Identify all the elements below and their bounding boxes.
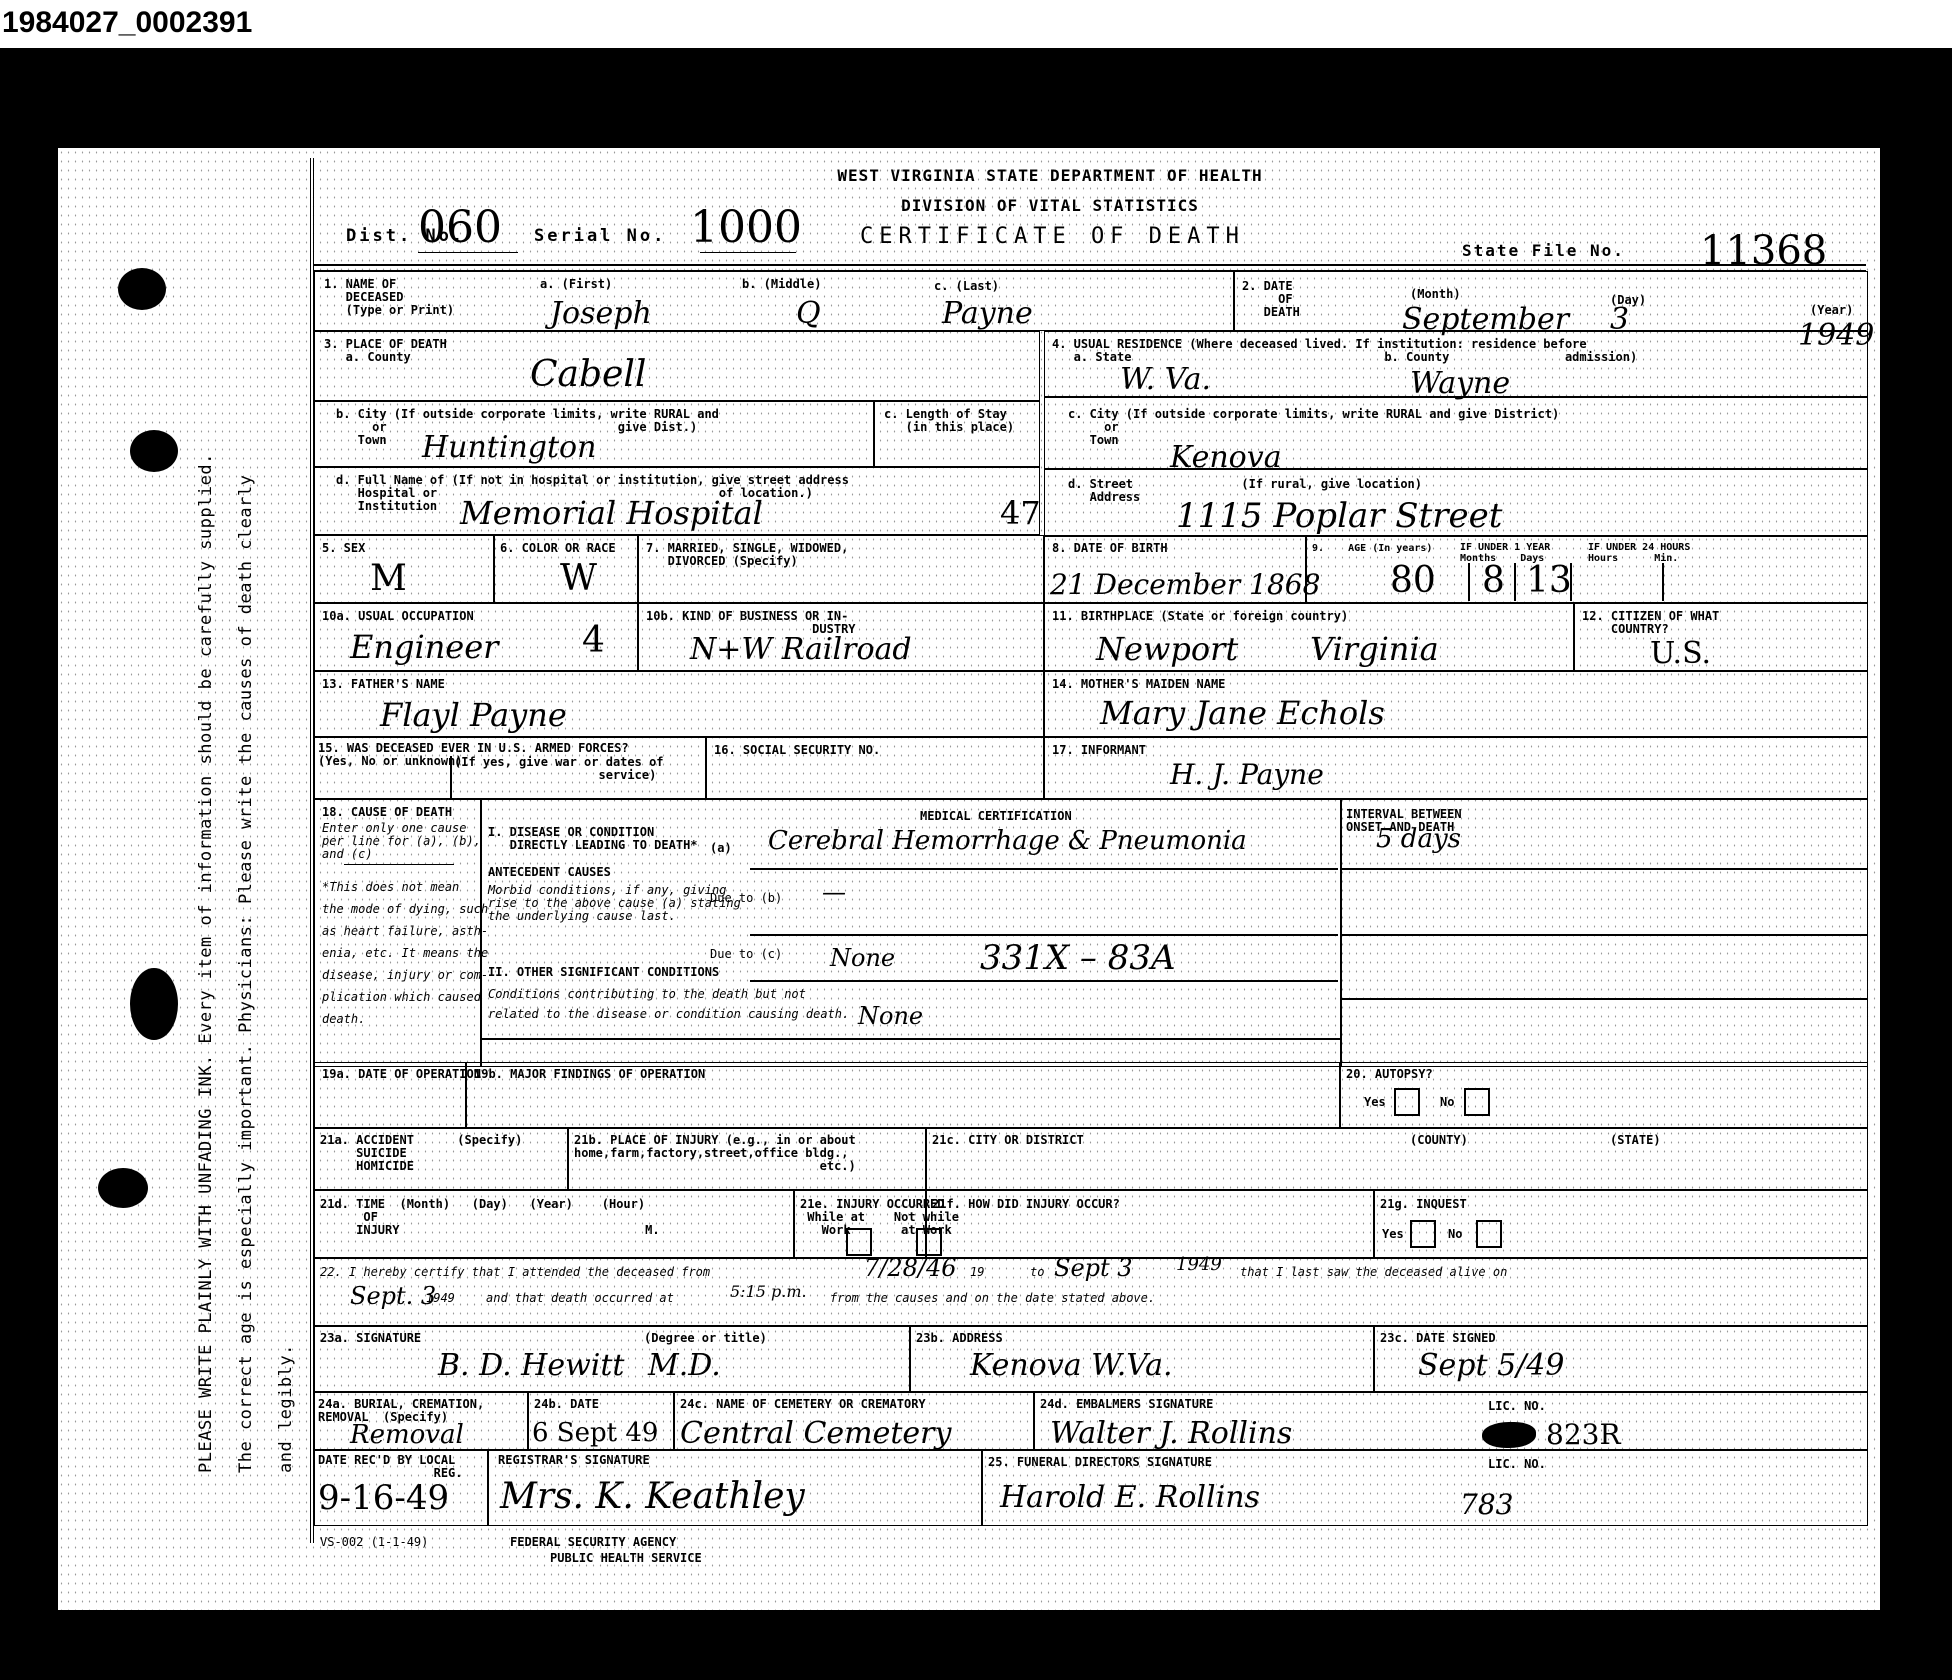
date-signed-label: 23c. DATE SIGNED [1380,1332,1496,1345]
cause-a-label: (a) [710,842,732,855]
cause-a-line [750,868,1338,870]
burial-date-value: 6 Sept 49 [532,1418,658,1448]
interval-value: 5 days [1376,824,1461,854]
funeral-director-signature: Harold E. Rollins [1000,1480,1260,1515]
injury-type-label: 21a. ACCIDENT (Specify) SUICIDE HOMICIDE [320,1134,522,1173]
occupation-label: 10a. USUAL OCCUPATION [322,610,474,623]
director-lic-value: 783 [1460,1488,1513,1521]
age-label: 9. AGE (In years) [1312,542,1432,555]
autopsy-yes-label: Yes [1364,1096,1386,1109]
dist-no-underline [418,252,518,253]
race-label: 6. COLOR OR RACE [500,542,616,555]
mother-name-value: Mary Jane Echols [1100,694,1385,732]
interval-divider [1340,799,1342,1067]
sex-label: 5. SEX [322,542,365,555]
city-of-death-value: Huntington [422,430,596,465]
certify-text-2b: from the causes and on the date stated a… [830,1292,1155,1305]
armed-forces-war-label: (If yes, give war or dates of service) [454,756,664,782]
residence-label: 4. USUAL RESIDENCE (Where deceased lived… [1052,338,1637,364]
residence-state-value: W. Va. [1120,362,1211,397]
injury-place-label: 21b. PLACE OF INJURY (e.g., in or about … [574,1134,856,1173]
occupation-value: Engineer [350,628,498,666]
date-signed-value: Sept 5/49 [1418,1348,1564,1383]
header-divider [314,264,1866,266]
last-name-value: Payne [942,296,1033,331]
embalmer-label: 24d. EMBALMERS SIGNATURE [1040,1398,1213,1411]
institution-value: Memorial Hospital [460,494,763,532]
punch-hole [98,1168,148,1208]
inquest-yes-label: Yes [1382,1228,1404,1241]
top-bar: 1984027_0002391 [0,0,1952,48]
citizenship-label: 12. CITIZEN OF WHAT COUNTRY? [1582,610,1719,636]
first-name-value: Joseph [550,296,652,331]
morbid-conditions-text: Morbid conditions, if any, giving rise t… [488,884,741,923]
ink-smudge [1482,1422,1536,1448]
injury-state-label: (STATE) [1610,1134,1661,1147]
interval-line-b [1340,934,1868,936]
injury-how-label: 21f. HOW DID INJURY OCCUR? [932,1198,1120,1211]
agency-heading: WEST VIRGINIA STATE DEPARTMENT OF HEALTH [790,166,1310,185]
public-health-service: PUBLIC HEALTH SERVICE [550,1552,702,1565]
birthplace-state-value: Virginia [1310,630,1439,668]
age-years-value: 80 [1390,560,1436,601]
occupation-code: 4 [582,620,605,661]
signature-label: 23a. SIGNATURE [320,1332,421,1345]
birthplace-city-value: Newport [1096,630,1238,668]
last-seen-year: 1949 [426,1292,455,1305]
middle-name-label: b. (Middle) [742,278,821,291]
death-month-label: (Month) [1410,288,1461,301]
age-divider [1662,563,1664,601]
injury-county-label: (COUNTY) [1410,1134,1468,1147]
embalmer-lic-value: 823R [1546,1418,1621,1451]
cause-b-label: Due to (b) [710,892,782,905]
interval-line-c [1340,998,1868,1000]
birthplace-label: 11. BIRTHPLACE (State or foreign country… [1052,610,1348,623]
state-file-value: 11368 [1700,228,1827,274]
punch-hole [130,968,178,1040]
attended-from-year: 19 [970,1266,984,1279]
social-security-label: 16. SOCIAL SECURITY NO. [714,744,880,757]
attended-to-value: Sept 3 [1054,1254,1133,1282]
father-name-value: Flayl Payne [380,696,567,734]
cause-c-value: None [830,944,895,972]
other-conditions-line [480,1038,1340,1040]
armed-forces-divider [450,756,452,798]
certify-text-1b: that I last saw the deceased alive on [1240,1266,1507,1279]
injury-at-work-checkbox[interactable] [846,1228,872,1256]
antecedent-causes-label: ANTECEDENT CAUSES [488,866,611,879]
registrar-signature: Mrs. K. Keathley [500,1476,805,1517]
autopsy-no-label: No [1440,1096,1454,1109]
last-name-label: c. (Last) [934,280,999,293]
margin-instruction-3: and legibly. [276,1344,296,1473]
operation-findings-label: 19b. MAJOR FINDINGS OF OPERATION [474,1068,705,1081]
certify-text-2: and that death occurred at [486,1292,674,1305]
race-value: W [560,558,597,599]
age-days-value: 13 [1526,560,1572,601]
cause-instructions-rule [344,864,454,865]
serial-no-label: Serial No. [534,230,666,243]
death-year-label: (Year) [1810,304,1853,317]
physician-address-label: 23b. ADDRESS [916,1332,1003,1345]
margin-instruction-2: The correct age is especially important.… [236,475,256,1473]
length-of-stay-label: c. Length of Stay (in this place) [884,408,1014,434]
punch-hole [118,268,166,310]
cemetery-value: Central Cemetery [680,1416,951,1451]
other-conditions-text: Conditions contributing to the death but… [488,984,849,1024]
embalmer-lic-label: LIC. NO. [1488,1400,1546,1413]
registrar-signature-label: REGISTRAR'S SIGNATURE [498,1454,650,1467]
inquest-yes-checkbox[interactable] [1410,1220,1436,1248]
under-day-label: IF UNDER 24 HOURS Hours Min. [1588,542,1690,564]
medical-certification-heading: MEDICAL CERTIFICATION [920,810,1072,823]
director-lic-label: LIC. NO. [1488,1458,1546,1471]
institution-code: 47 [1000,494,1041,532]
middle-name-value: Q [796,296,821,331]
burial-date-label: 24b. DATE [534,1398,599,1411]
death-time-value: 5:15 p.m. [730,1282,807,1301]
other-conditions-label: II. OTHER SIGNIFICANT CONDITIONS [488,966,719,979]
physician-address-value: Kenova W.Va. [970,1348,1173,1383]
sex-value: M [370,558,407,599]
form-number: VS-002 (1-1-49) [320,1536,428,1549]
division-heading: DIVISION OF VITAL STATISTICS [850,196,1250,215]
date-of-birth-label: 8. DATE OF BIRTH [1052,542,1168,555]
death-certificate-form: WEST VIRGINIA STATE DEPARTMENT OF HEALTH… [310,158,1868,1548]
cause-c-label: Due to (c) [710,948,782,961]
age-months-value: 8 [1482,560,1505,601]
attended-to-year: 1949 [1176,1254,1222,1275]
cause-c-line [750,980,1338,982]
residence-city-label: c. City (If outside corporate limits, wr… [1068,408,1559,447]
disease-condition-label: I. DISEASE OR CONDITION DIRECTLY LEADING… [488,826,698,852]
physician-degree: M.D. [648,1348,721,1383]
embalmer-signature: Walter J. Rollins [1050,1416,1292,1451]
residence-street-value: 1115 Poplar Street [1176,496,1502,536]
cause-note: *This does not mean the mode of dying, s… [322,876,488,1030]
document-id: 1984027_0002391 [2,6,252,40]
serial-no-underline [700,252,796,253]
injury-city-label: 21c. CITY OR DISTRICT [932,1134,1084,1147]
mother-name-label: 14. MOTHER'S MAIDEN NAME [1052,678,1225,691]
operation-date-label: 19a. DATE OF OPERATION [322,1068,481,1081]
county-of-death-value: Cabell [530,354,646,395]
inquest-no-label: No [1448,1228,1462,1241]
physician-signature: B. D. Hewitt [438,1348,624,1383]
autopsy-yes-checkbox[interactable] [1394,1088,1420,1116]
date-of-birth-value: 21 December 1868 [1050,568,1320,601]
marital-status-label: 7. MARRIED, SINGLE, WIDOWED, DIVORCED (S… [646,542,848,568]
date-received-value: 9-16-49 [318,1478,449,1518]
certify-text-1: 22. I hereby certify that I attended the… [320,1266,710,1279]
cause-c-code: 331X – 83A [980,938,1176,978]
margin-instruction-1: PLEASE WRITE PLAINLY WITH UNFADING INK. … [196,453,216,1473]
cemetery-label: 24c. NAME OF CEMETERY OR CREMATORY [680,1398,926,1411]
informant-cell[interactable] [1044,737,1868,799]
inquest-no-checkbox[interactable] [1476,1220,1502,1248]
age-divider [1570,563,1572,601]
state-file-label: State File No. [1462,244,1625,257]
cause-instructions: Enter only one cause per line for (a), (… [322,822,481,861]
federal-agency: FEDERAL SECURITY AGENCY [510,1536,676,1549]
father-name-label: 13. FATHER'S NAME [322,678,445,691]
cause-b-line [750,934,1338,936]
autopsy-no-checkbox[interactable] [1464,1088,1490,1116]
inquest-label: 21g. INQUEST [1380,1198,1467,1211]
serial-no-value: 1000 [690,202,802,253]
certificate-title: CERTIFICATE OF DEATH [860,224,1245,249]
cause-b-value: — [822,878,846,906]
place-of-death-label: 3. PLACE OF DEATH a. County [324,338,447,364]
date-of-death-label: 2. DATE OF DEATH [1242,280,1300,319]
interval-line-a [1340,868,1868,870]
cause-a-value: Cerebral Hemorrhage & Pneumonia [768,826,1247,856]
date-received-label: DATE REC'D BY LOCAL REG. [318,1454,463,1480]
punch-hole [130,430,178,472]
informant-value: H. J. Payne [1170,758,1324,791]
degree-label: (Degree or title) [644,1332,767,1345]
dist-no-value: 060 [418,202,502,253]
last-seen-value: Sept. 3 [350,1282,436,1310]
age-divider [1514,563,1516,601]
injury-time-label: 21d. TIME (Month) (Day) (Year) (Hour) OF… [320,1198,660,1237]
autopsy-label: 20. AUTOPSY? [1346,1068,1433,1081]
funeral-director-label: 25. FUNERAL DIRECTORS SIGNATURE [988,1456,1212,1469]
informant-label: 17. INFORMANT [1052,744,1146,757]
attended-to-label: to [1030,1266,1044,1279]
burial-type-value: Removal [350,1420,464,1450]
citizenship-value: U.S. [1650,636,1711,671]
age-divider [1468,563,1470,601]
residence-county-value: Wayne [1410,366,1510,401]
other-conditions-value: None [858,1002,923,1030]
business-value: N+W Railroad [690,632,912,667]
cause-of-death-label: 18. CAUSE OF DEATH [322,806,452,819]
first-name-label: a. (First) [540,278,612,291]
name-label: 1. NAME OF DECEASED (Type or Print) [324,278,454,317]
attended-from-value: 7/28/46 [864,1254,957,1282]
